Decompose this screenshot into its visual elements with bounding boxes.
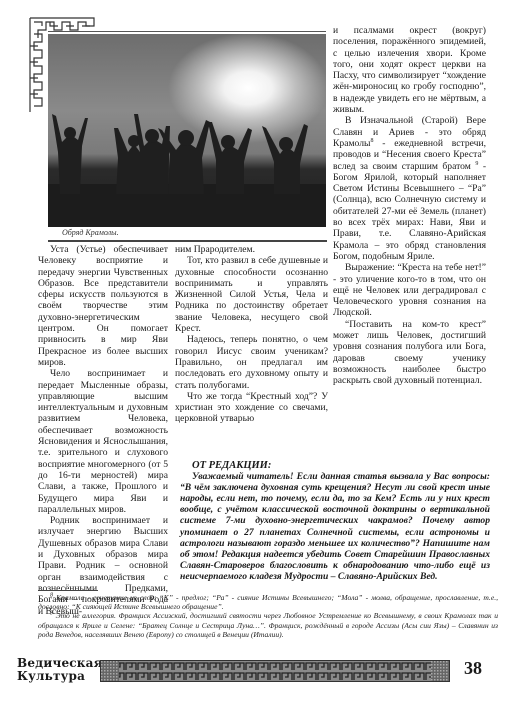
column-2: ним Прародителем. Тот, кто развил в себе… [175,244,328,425]
paragraph: Надеюсь, теперь понятно, о чем говорил И… [175,334,328,390]
photo-caption: Обряд Крамолы. [62,228,119,237]
column-3: и псалмами окрест (вокруг) поселения, по… [333,25,486,387]
paragraph: Что же тогда “Крестный ход”? У христиан … [175,391,328,425]
logo-line-1: Ведическая [17,656,103,670]
footnote-8: 8 Крамола - сочетание из слов: “К” - пре… [38,593,498,611]
paragraph: Уста (Устье) обеспечивает Человеку воспр… [38,244,168,368]
paragraph-kramola: В Изначальной (Старой) Вере Славян и Ари… [333,115,486,262]
paragraph-continuation: ним Прародителем. [175,244,328,255]
caption-rule [48,240,327,242]
paragraph: Чело воспринимает и передает Мысленные о… [38,368,168,515]
column-1: Уста (Устье) обеспечивает Человеку воспр… [38,244,168,617]
editorial-note: ОТ РЕДАКЦИИ: Уважаемый читатель! Если да… [180,460,490,582]
paragraph-continuation: и псалмами окрест (вокруг) поселения, по… [333,25,486,115]
paragraph: “Поставить на ком-то крест” может лишь Ч… [333,319,486,387]
editorial-text: Уважаемый читатель! Если данная статья в… [180,471,490,582]
magazine-logo: Ведическая Культура [13,656,93,684]
ornament-band [100,660,450,682]
logo-line-2: Культура [17,669,85,683]
silhouettes-icon [48,34,326,227]
page-number: 38 [464,658,482,679]
paragraph: Выражение: “Креста на тебе нет!” - это у… [333,262,486,318]
ritual-photo [48,34,326,227]
footnote-rule [38,590,98,591]
editorial-title: ОТ РЕДАКЦИИ: [192,460,490,471]
footnote-9: 9 Это не аллегория. Франциск Ассизский, … [38,611,498,639]
paragraph: Тот, кто развил в себе душевные и духовн… [175,255,328,334]
meander-ornament-icon [101,661,449,681]
footnotes: 8 Крамола - сочетание из слов: “К” - пре… [38,593,498,639]
top-rule [48,31,326,32]
